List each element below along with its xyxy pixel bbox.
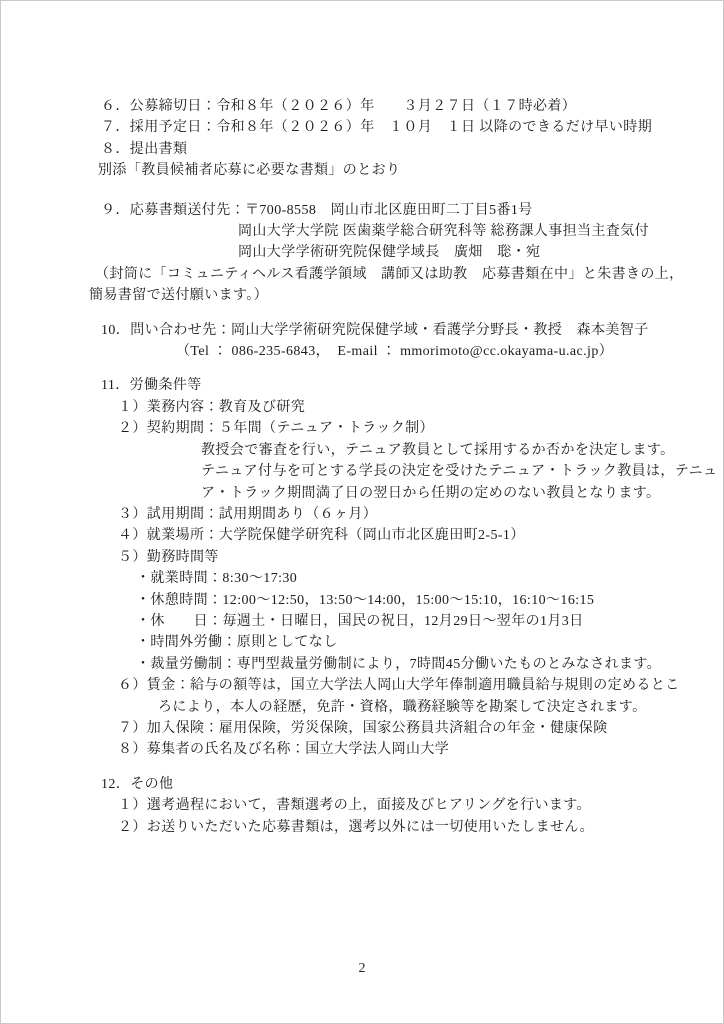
line-documents-attachment: 別添「教員候補者応募に必要な書類」のとおり (89, 160, 683, 181)
line-other-heading: 12．その他 (89, 774, 683, 795)
line-recruiter-name: ８）募集者の氏名及び名称：国立大学法人岡山大学 (89, 739, 683, 760)
line-mailing-address-1: ９．応募書類送付先：〒700-8558 岡山市北区鹿田町二丁目5番1号 (89, 200, 683, 221)
line-contact-tel-email: （Tel ： 086-235-6843， E-mail ： mmorimoto@… (89, 341, 683, 362)
line-holidays: ・休 日：毎週土・日曜日，国民の祝日，12月29日～翌年の1月3日 (89, 611, 683, 632)
line-working-hours-heading: ５）勤務時間等 (89, 547, 683, 568)
section-spacer (89, 307, 683, 320)
line-documents-usage: ２）お送りいただいた応募書類は，選考以外には一切使用いたしません。 (89, 817, 683, 838)
line-mailing-address-2: 岡山大学大学院 医歯薬学総合研究科等 総務課人事担当主査気付 (89, 221, 683, 242)
page-number: 2 (1, 961, 723, 977)
line-tenure-note-3: ア・トラック期間満了日の翌日から任期の定めのない教員となります。 (89, 483, 683, 504)
line-tenure-note-1: 教授会で審査を行い，テニュア教員として採用するか否かを決定します。 (89, 440, 683, 461)
line-workplace: ４）就業場所：大学院保健学研究科（岡山市北区鹿田町2-5-1） (89, 525, 683, 546)
line-wages-2: ろにより，本人の経歴，免許・資格，職務経験等を勘案して決定されます。 (89, 697, 683, 718)
line-selection-process: １）選考過程において，書類選考の上，面接及びヒアリングを行います。 (89, 795, 683, 816)
section-spacer (89, 362, 683, 375)
line-documents-heading: ８．提出書類 (89, 139, 683, 160)
line-closing-date: ６．公募締切日：令和８年（２０２６）年 ３月２７日（１７時必着） (89, 96, 683, 117)
section-spacer (89, 761, 683, 774)
line-working-hours: ・就業時間：8:30～17:30 (89, 568, 683, 589)
line-overtime: ・時間外労働：原則としてなし (89, 632, 683, 653)
line-duties: １）業務内容：教育及び研究 (89, 397, 683, 418)
line-contract-period: ２）契約期間：５年間（テニュア・トラック制） (89, 418, 683, 439)
line-probation: ３）試用期間：試用期間あり（６ヶ月） (89, 504, 683, 525)
line-mailing-address-3: 岡山大学学術研究院保健学域長 廣畑 聡・宛 (89, 242, 683, 263)
document-page: ６．公募締切日：令和８年（２０２６）年 ３月２７日（１７時必着） ７．採用予定日… (0, 0, 724, 1024)
line-contact-person: 10．問い合わせ先：岡山大学学術研究院保健学域・看護学分野長・教授 森本美智子 (89, 320, 683, 341)
document-text-block: ６．公募締切日：令和８年（２０２６）年 ３月２７日（１７時必着） ７．採用予定日… (89, 96, 683, 838)
line-envelope-note-2: 簡易書留で送付願います。） (89, 285, 683, 306)
line-wages-1: ６）賃金：給与の額等は，国立大学法人岡山大学年俸制適用職員給与規則の定めるとこ (89, 675, 683, 696)
line-hire-date: ７．採用予定日：令和８年（２０２６）年 １０月 １日 以降のできるだけ早い時期 (89, 117, 683, 138)
line-conditions-heading: 11．労働条件等 (89, 375, 683, 396)
section-spacer (89, 182, 683, 200)
line-discretionary-labor: ・裁量労働制：専門型裁量労働制により，7時間45分働いたものとみなされます。 (89, 654, 683, 675)
line-envelope-note-1: （封筒に「コミュニティヘルス看護学領域 講師又は助教 応募書類在中」と朱書きの上… (89, 264, 683, 285)
line-insurance: ７）加入保険：雇用保険，労災保険，国家公務員共済組合の年金・健康保険 (89, 718, 683, 739)
line-break-times: ・休憩時間：12:00～12:50，13:50～14:00，15:00～15:1… (89, 590, 683, 611)
line-tenure-note-2: テニュア付与を可とする学長の決定を受けたテニュア・トラック教員は，テニュ (89, 461, 683, 482)
